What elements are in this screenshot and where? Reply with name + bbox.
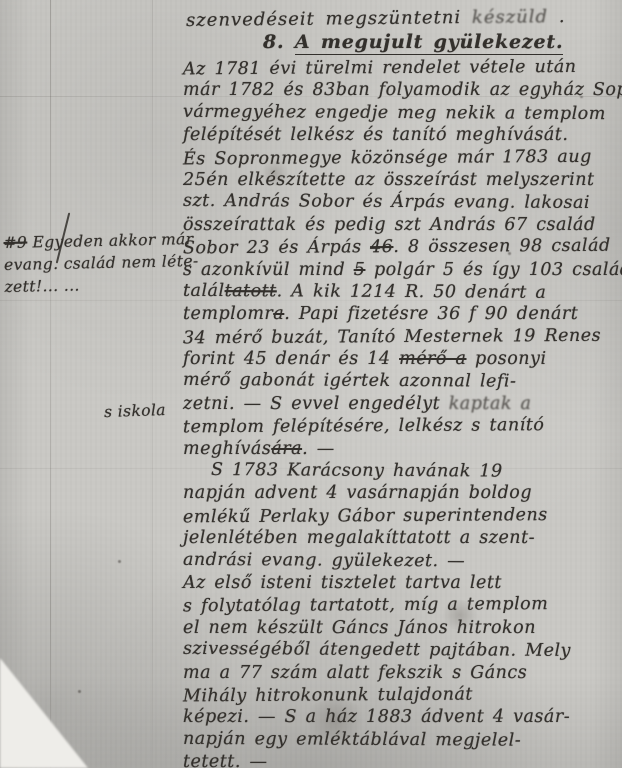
text-segment: ára xyxy=(271,439,302,459)
text-segment: el nem készült Gáncs János hitrokon xyxy=(183,618,536,638)
text-segment: . xyxy=(548,6,566,27)
manuscript-line: s azonkívül mind 5 polgár 5 és így 103 c… xyxy=(183,259,619,281)
manuscript-line: 34 mérő buzát, Tanító Mesternek 19 Renes xyxy=(183,324,619,349)
text-segment: a xyxy=(273,304,284,324)
text-segment: felépítését lelkész és tanító meghívását… xyxy=(183,125,568,145)
text-segment: kaptak a xyxy=(449,394,532,414)
manuscript-line: szt. András Sobor és Árpás evang. lakosa… xyxy=(183,190,619,215)
manuscript-line: felépítését lelkész és tanító meghívását… xyxy=(183,124,619,146)
manuscript-line: el nem készült Gáncs János hitrokon xyxy=(183,617,619,639)
text-segment: s folytatólag tartatott, míg a templom xyxy=(183,594,548,616)
text-segment: 5 xyxy=(354,260,366,280)
manuscript-line: És Sopronmegye közönsége már 1783 aug xyxy=(183,145,619,170)
text-segment: vármegyéhez engedje meg nekik a templom xyxy=(183,102,606,124)
text-segment: szivességéből átengedett pajtában. Mely xyxy=(183,639,571,661)
text-segment: 25én elkészítette az összeírást melyszer… xyxy=(183,170,595,190)
manuscript-line: forint 45 denár és 14 mérő a posonyi xyxy=(183,348,619,370)
text-segment: És Sopronmegye közönsége már 1783 aug xyxy=(183,146,592,168)
manuscript-line: emlékű Perlaky Gábor superintendens xyxy=(183,503,619,528)
text-segment: . A kik 1214 R. 50 denárt a xyxy=(277,281,547,302)
manuscript-line: ma a 77 szám alatt fekszik s Gáncs xyxy=(183,662,619,684)
text-segment: összeírattak és pedig szt András 67 csal… xyxy=(183,215,596,235)
manuscript-line: s folytatólag tartatott, míg a templom xyxy=(183,593,619,618)
manuscript-line: Mihály hitrokonunk tulajdonát xyxy=(183,683,619,708)
manuscript-line: andrási evang. gyülekezet. — xyxy=(183,548,619,573)
margin-note-line: s iskola xyxy=(104,399,167,423)
text-segment: zett!... ... xyxy=(4,276,80,296)
manuscript-line: meghívására. — xyxy=(183,438,619,460)
manuscript-line: Sobor 23 és Árpás 46. 8 összesen 98 csal… xyxy=(183,235,619,260)
text-segment: templomr xyxy=(183,304,273,324)
text-segment: szenvedéseit megszüntetni xyxy=(186,7,472,31)
text-segment: tetett. — xyxy=(183,752,267,768)
text-segment: . Papi fizetésre 36 f 90 denárt xyxy=(284,304,578,324)
continuation-line: szenvedéseit megszüntetni készüld . xyxy=(186,6,566,31)
manuscript-line: 25én elkészítette az összeírást melyszer… xyxy=(183,169,619,191)
text-segment: készüld xyxy=(472,6,548,28)
text-segment: Mihály hitrokonunk tulajdonát xyxy=(183,684,473,706)
manuscript-line: Az első isteni tisztelet tartva lett xyxy=(183,572,619,594)
margin-note-line: evang. család nem léte- xyxy=(4,250,199,276)
text-segment: Az első isteni tisztelet tartva lett xyxy=(183,573,502,593)
manuscript-line: napján advent 4 vasárnapján boldog xyxy=(183,482,619,504)
manuscript-line: mérő gabonát igértek azonnal lefi- xyxy=(183,369,619,394)
manuscript-line: már 1782 és 83ban folyamodik az egyház S… xyxy=(183,79,619,101)
text-segment: meghívás xyxy=(183,439,271,459)
text-segment: forint 45 denár és 14 xyxy=(183,349,399,369)
text-segment: Az 1781 évi türelmi rendelet vétele után xyxy=(183,57,577,79)
text-segment: S 1783 Karácsony havának 19 xyxy=(211,460,503,482)
fold-line-left xyxy=(50,0,51,768)
text-segment: tatott xyxy=(225,281,277,301)
fold-line-inner xyxy=(152,0,153,768)
manuscript-line: vármegyéhez engedje meg nekik a templom xyxy=(183,101,619,126)
text-segment: mérő a xyxy=(399,349,466,369)
margin-note-line: zett!... ... xyxy=(4,272,199,298)
margin-note-iskola: s iskola xyxy=(104,399,167,423)
text-segment: Sobor 23 és Árpás xyxy=(183,237,370,258)
text-segment: 34 mérő buzát, Tanító Mesternek 19 Renes xyxy=(183,325,601,348)
text-segment: 46 xyxy=(370,237,393,257)
manuscript-line: templomra. Papi fizetésre 36 f 90 denárt xyxy=(183,303,619,325)
text-segment: polgár 5 és így 103 család xyxy=(365,260,622,280)
ink-speck xyxy=(118,560,121,563)
manuscript-line: jelenlétében megalakíttatott a szent- xyxy=(183,527,619,549)
text-segment: ma a 77 szám alatt fekszik s Gáncs xyxy=(183,663,527,683)
text-segment: már 1782 és 83ban folyamodik az egyház S… xyxy=(183,80,622,100)
heading-number: 8. xyxy=(263,31,284,53)
manuscript-line: szivességéből átengedett pajtában. Mely xyxy=(183,638,619,663)
manuscript-line: találtatott. A kik 1214 R. 50 denárt a xyxy=(183,280,619,305)
text-segment: napján egy emléktáblával megjelel- xyxy=(183,729,521,751)
manuscript-page: szenvedéseit megszüntetni készüld . 8. A… xyxy=(0,0,622,768)
text-segment: andrási evang. gyülekezet. — xyxy=(183,549,465,570)
text-segment: jelenlétében megalakíttatott a szent- xyxy=(183,528,535,548)
manuscript-line: S 1783 Karácsony havának 19 xyxy=(183,459,619,484)
text-segment: szt. András Sobor és Árpás evang. lakosa… xyxy=(183,191,590,213)
text-segment: Egyeden akkor már xyxy=(27,230,194,251)
text-segment: . — xyxy=(302,439,335,459)
text-segment: napján advent 4 vasárnapján boldog xyxy=(183,483,532,503)
manuscript-line: Az 1781 évi türelmi rendelet vétele után xyxy=(183,56,619,81)
text-segment: evang. család nem léte- xyxy=(4,252,199,274)
manuscript-line: napján egy emléktáblával megjelel- xyxy=(183,728,619,753)
text-segment: képezi. — S a ház 1883 ádvent 4 vasár- xyxy=(183,707,570,727)
text-segment: zetni. — S evvel engedélyt xyxy=(183,394,449,414)
section-heading: 8. A megujult gyülekezet. xyxy=(263,31,563,53)
text-segment: mérő gabonát igértek azonnal lefi- xyxy=(183,370,517,392)
manuscript-line: zetni. — S evvel engedélyt kaptak a xyxy=(183,393,619,415)
text-segment: s iskola xyxy=(104,401,167,421)
text-segment: #9 xyxy=(3,234,27,252)
manuscript-body: Az 1781 évi türelmi rendelet vétele után… xyxy=(183,57,619,768)
torn-corner xyxy=(0,658,88,768)
manuscript-line: képezi. — S a ház 1883 ádvent 4 vasár- xyxy=(183,706,619,728)
text-segment: . 8 összesen 98 család xyxy=(393,236,610,257)
text-segment: posonyi xyxy=(466,349,546,369)
text-segment: s azonkívül mind xyxy=(183,260,354,280)
heading-title: A megujult gyülekezet. xyxy=(295,31,564,55)
text-segment: templom felépítésére, lelkész s tanító xyxy=(183,415,544,437)
manuscript-line: tetett. — xyxy=(183,751,619,768)
manuscript-line: templom felépítésére, lelkész s tanító xyxy=(183,414,619,439)
manuscript-line: összeírattak és pedig szt András 67 csal… xyxy=(183,214,619,236)
margin-note-egyed: #9 Egyeden akkor márevang. család nem lé… xyxy=(3,228,199,298)
text-segment: emlékű Perlaky Gábor superintendens xyxy=(183,505,548,527)
